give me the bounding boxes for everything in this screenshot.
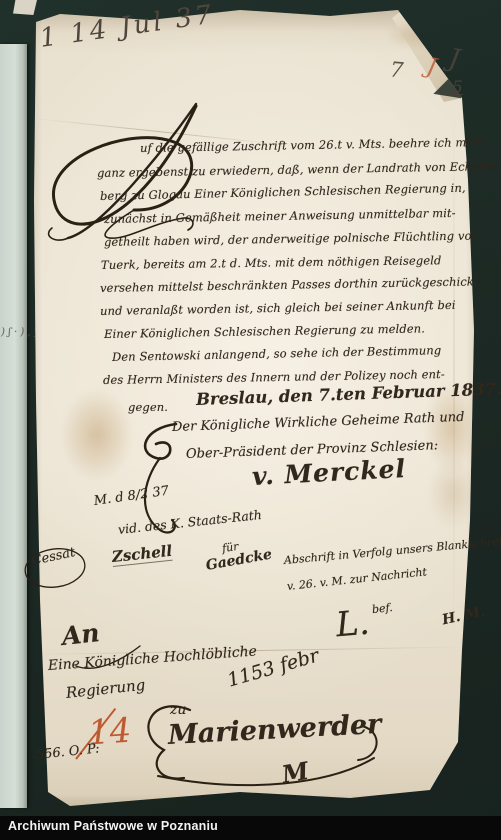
stain-left — [60, 388, 134, 482]
archival-scan: ) ʃ · ) , y · ʃ ; . 1 14 Jul 37 7 J J 5 … — [0, 0, 501, 840]
bleedthrough-marks: ) ʃ · ) , y · ʃ ; . — [1, 320, 15, 346]
pencil-letter-mark: J — [446, 43, 461, 74]
address-paraph: M — [280, 756, 311, 789]
paper-clip-fragment — [13, 0, 37, 15]
right-note-paraph: L. — [334, 603, 371, 646]
page-number-pencil: 7 — [389, 57, 404, 82]
pencil-number-mark: 5 — [452, 78, 463, 98]
archive-caption-label: Archiwum Państwowe w Poznaniu — [8, 819, 218, 833]
stain-top — [386, 20, 448, 50]
right-note-line-3: bef. — [371, 601, 393, 616]
archive-caption-band: Archiwum Państwowe w Poznaniu — [0, 816, 501, 840]
body-line: gegen. — [128, 400, 168, 414]
under-page-edge — [0, 44, 27, 808]
